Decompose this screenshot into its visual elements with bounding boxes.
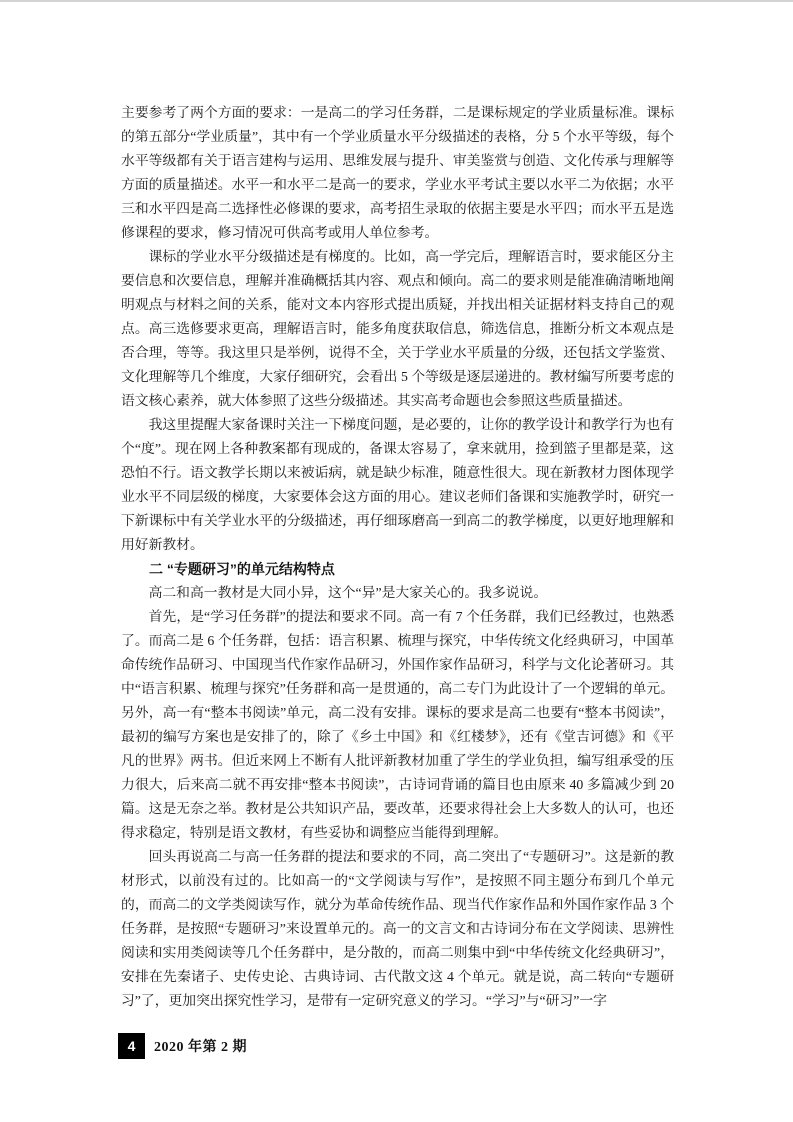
section-heading: 二 “专题研习”的单元结构特点: [121, 557, 674, 581]
journal-page: 主要参考了两个方面的要求：一是高二的学习任务群，二是课标规定的学业质量标准。课标…: [0, 0, 793, 1122]
page-number-badge: 4: [118, 1033, 145, 1059]
page-footer: 4 2020 年第 2 期: [118, 1033, 247, 1059]
paragraph-continuation: 主要参考了两个方面的要求：一是高二的学习任务群，二是课标规定的学业质量标准。课标…: [121, 101, 674, 245]
article-body: 主要参考了两个方面的要求：一是高二的学习任务群，二是课标规定的学业质量标准。课标…: [121, 101, 674, 1013]
journal-issue-label: 2020 年第 2 期: [154, 1036, 247, 1056]
paragraph: 高二和高一教材是大同小异，这个“异”是大家关心的。我多说说。: [121, 581, 674, 605]
paragraph: 课标的学业水平分级描述是有梯度的。比如，高一学完后，理解语言时，要求能区分主要信…: [121, 245, 674, 413]
paragraph: 首先，是“学习任务群”的提法和要求不同。高一有 7 个任务群，我们已经教过，也熟…: [121, 605, 674, 845]
paragraph: 回头再说高二与高一任务群的提法和要求的不同，高二突出了“专题研习”。这是新的教材…: [121, 845, 674, 1013]
paragraph: 我这里提醒大家备课时关注一下梯度问题，是必要的，让你的教学设计和教学行为也有个“…: [121, 413, 674, 557]
page-top-edge-divider: [0, 0, 793, 2]
